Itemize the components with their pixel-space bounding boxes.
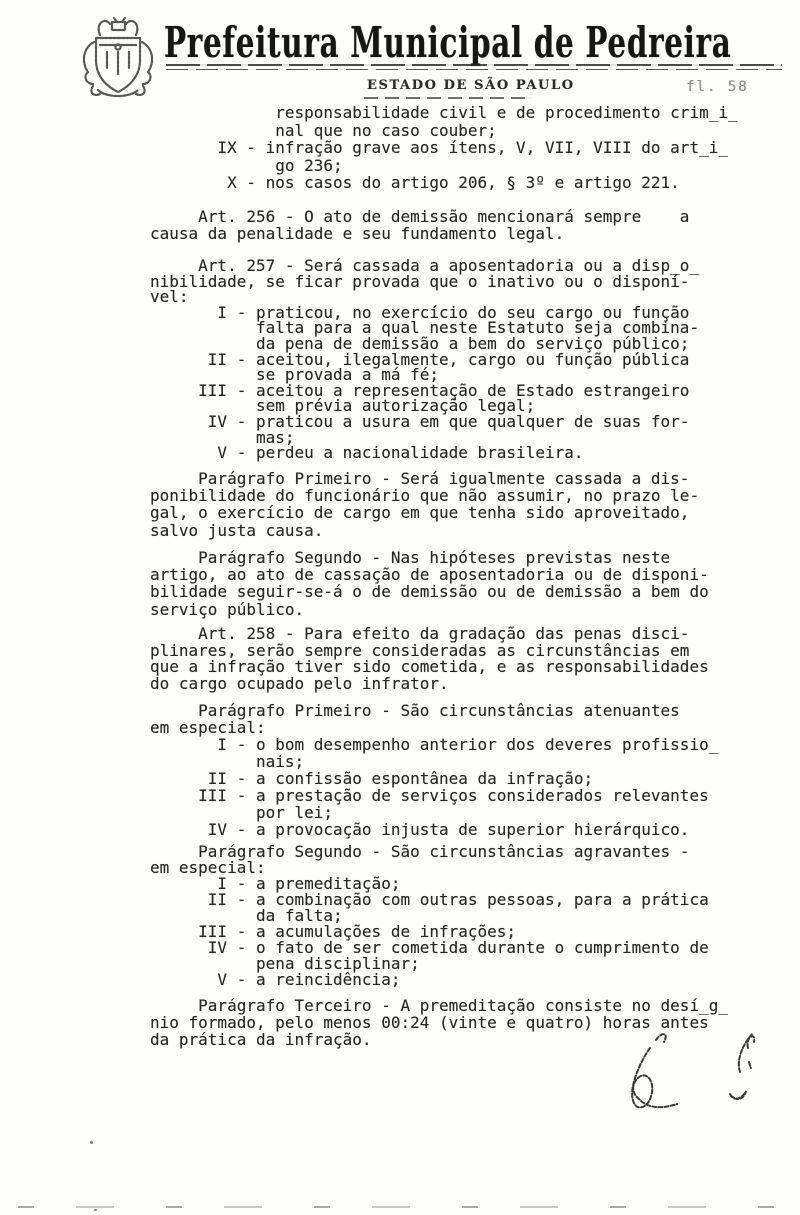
scan-edge-line (18, 1206, 784, 1208)
state-subtitle: ESTADO DE SÃO PAULO (367, 78, 575, 93)
scan-speck (90, 1141, 93, 1144)
block-art258-par-primeiro: Parágrafo Primeiro - São circunstâncias … (150, 702, 718, 838)
subtitle-underline (364, 97, 532, 99)
scanned-document-page: Prefeitura Municipal de Pedreira ESTADO … (0, 0, 800, 1215)
block-art258-par-segundo: Parágrafo Segundo - São circunstâncias a… (150, 844, 709, 988)
scan-speck (94, 1209, 97, 1211)
block-art-256: Art. 256 - O ato de demissão mencionará … (150, 208, 689, 242)
signature-rubric-icon (598, 1018, 778, 1126)
block-art257-par-primeiro: Parágrafo Primeiro - Será igualmente cas… (150, 470, 699, 539)
municipality-title: Prefeitura Municipal de Pedreira (164, 18, 731, 67)
letterhead-rule-bottom (166, 69, 782, 70)
letterhead-rule-top (166, 64, 782, 66)
block-art-257: Art. 257 - Será cassada a aposentadoria … (150, 258, 699, 461)
page-folio: fl. 58 (686, 79, 749, 95)
block-art236-items-continuation: responsabilidade civil e de procedimento… (150, 104, 738, 192)
block-art-258: Art. 258 - Para efeito da gradação das p… (150, 626, 709, 692)
coat-of-arms-icon (76, 14, 160, 102)
block-art257-par-segundo: Parágrafo Segundo - Nas hipóteses previs… (150, 549, 709, 618)
